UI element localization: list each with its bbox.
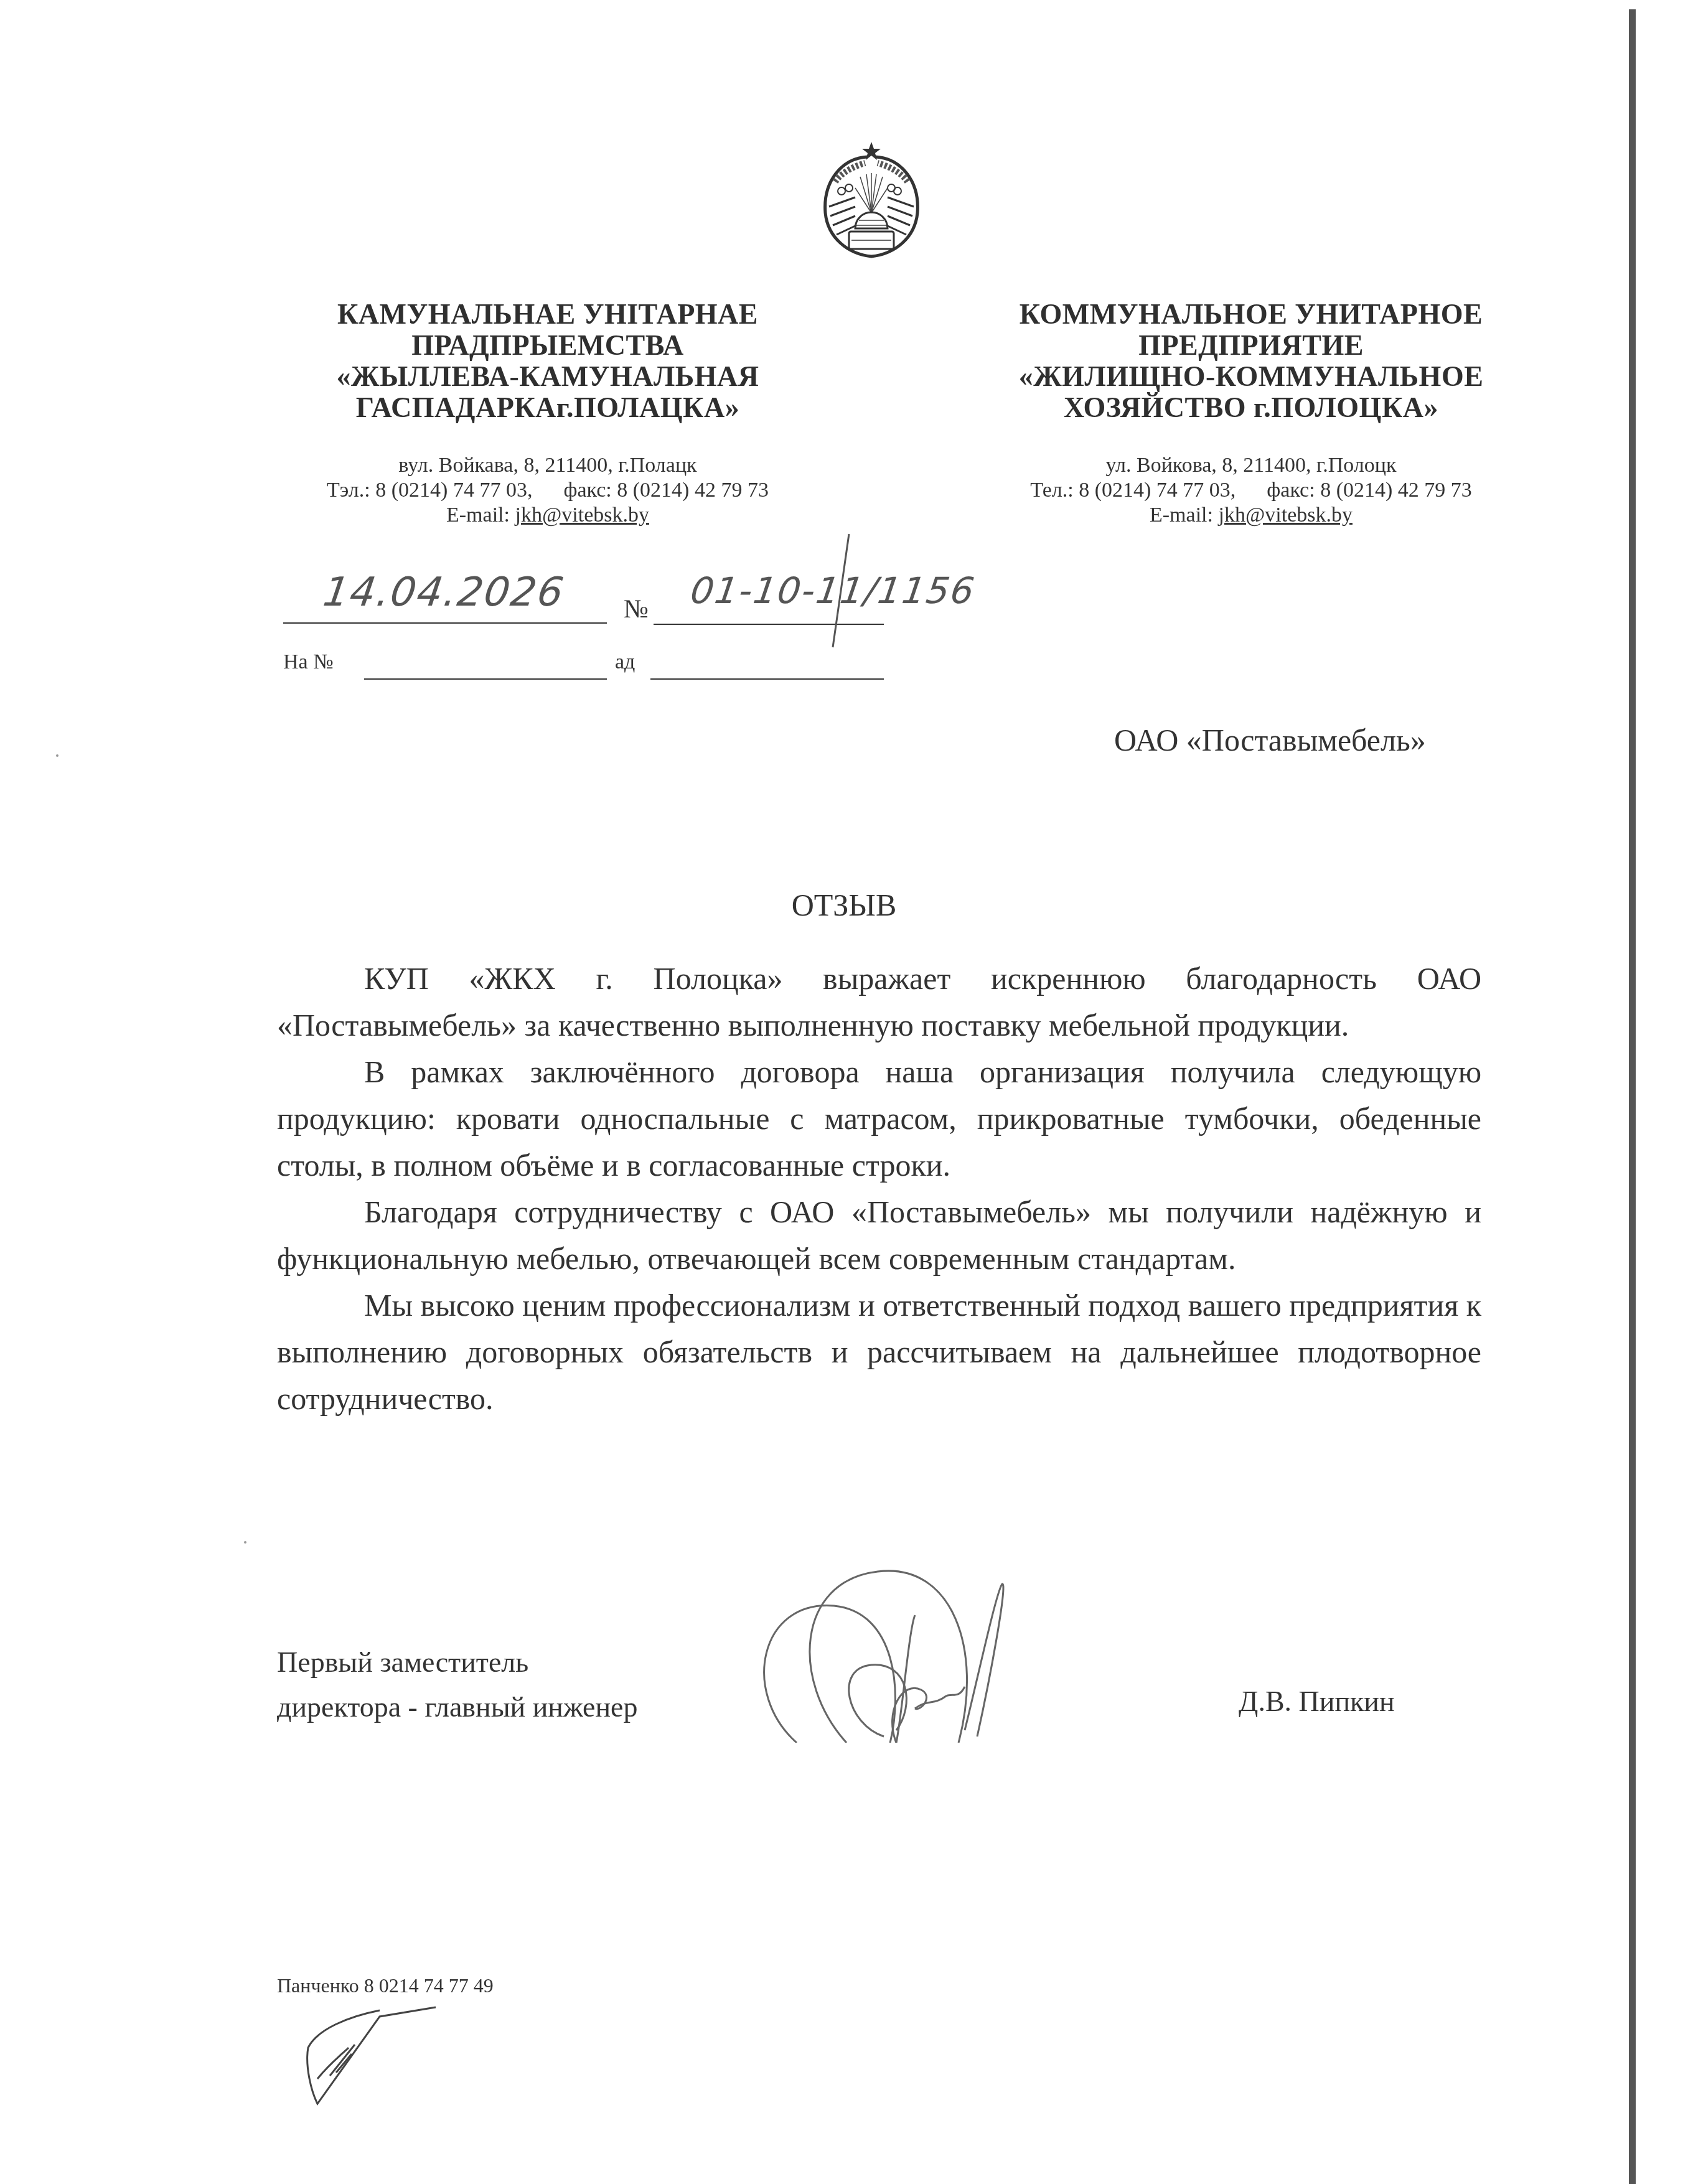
email-link-be[interactable]: jkh@vitebsk.by bbox=[515, 504, 649, 527]
reply-from-line bbox=[650, 678, 884, 680]
reply-from-label: ад bbox=[615, 650, 635, 674]
phone-fax-ru: Тел.: 8 (0214) 74 77 03,факс: 8 (0214) 4… bbox=[971, 478, 1531, 503]
email-row-ru: E-mail: jkh@vitebsk.by bbox=[971, 503, 1531, 528]
phone-fax-be: Тэл.: 8 (0214) 74 77 03,факс: 8 (0214) 4… bbox=[268, 478, 828, 503]
paragraph-3: Благодаря сотрудничеству с ОАО «Поставым… bbox=[277, 1189, 1481, 1282]
number-sign: № bbox=[624, 594, 649, 624]
scan-speck bbox=[56, 754, 59, 757]
contacts-ru: ул. Войкова, 8, 211400, г.Полоцк Тел.: 8… bbox=[971, 453, 1531, 528]
reply-to-label: На № bbox=[283, 650, 334, 674]
reply-to-line bbox=[364, 678, 607, 680]
address-be: вул. Войкава, 8, 211400, г.Полацк bbox=[268, 453, 828, 478]
org-name-be: КАМУНАЛЬНАЕ УНІТАРНАЕ ПРАДПРЫЕМСТВА «ЖЫЛ… bbox=[268, 299, 828, 423]
signatory-position: Первый заместитель директора - главный и… bbox=[277, 1640, 638, 1730]
paragraph-4: Мы высоко ценим профессионализм и ответс… bbox=[277, 1282, 1481, 1422]
email-row-be: E-mail: jkh@vitebsk.by bbox=[268, 503, 828, 528]
paragraph-2: В рамках заключённого договора наша орга… bbox=[277, 1049, 1481, 1189]
executor-contact: Панченко 8 0214 74 77 49 bbox=[277, 1974, 494, 1997]
paragraph-1: КУП «ЖКХ г. Полоцка» выражает искреннюю … bbox=[277, 955, 1481, 1049]
addressee: ОАО «Поставымебель» bbox=[1114, 722, 1426, 758]
scan-speck bbox=[244, 1541, 246, 1544]
date-line bbox=[283, 622, 607, 624]
number-slash-stroke bbox=[828, 529, 853, 654]
handwritten-date: 14.04.2026 bbox=[321, 569, 568, 616]
address-ru: ул. Войкова, 8, 211400, г.Полоцк bbox=[971, 453, 1531, 478]
letter-body: КУП «ЖКХ г. Полоцка» выражает искреннюю … bbox=[277, 955, 1481, 1422]
letterhead-belarusian: КАМУНАЛЬНАЕ УНІТАРНАЕ ПРАДПРЫЕМСТВА «ЖЫЛ… bbox=[268, 299, 828, 528]
signatory-name: Д.В. Пипкин bbox=[1239, 1685, 1395, 1718]
org-name-ru: КОММУНАЛЬНОЕ УНИТАРНОЕ ПРЕДПРИЯТИЕ «ЖИЛИ… bbox=[971, 299, 1531, 423]
letterhead-russian: КОММУНАЛЬНОЕ УНИТАРНОЕ ПРЕДПРИЯТИЕ «ЖИЛИ… bbox=[971, 299, 1531, 528]
contacts-be: вул. Войкава, 8, 211400, г.Полацк Тэл.: … bbox=[268, 453, 828, 528]
handwritten-signature bbox=[716, 1556, 1114, 1743]
document-title: ОТЗЫВ bbox=[0, 887, 1688, 923]
coat-of-arms-icon bbox=[817, 138, 926, 260]
executor-initials-signature bbox=[293, 2004, 454, 2116]
scan-edge-line bbox=[1629, 9, 1636, 2184]
email-link-ru[interactable]: jkh@vitebsk.by bbox=[1218, 504, 1352, 527]
